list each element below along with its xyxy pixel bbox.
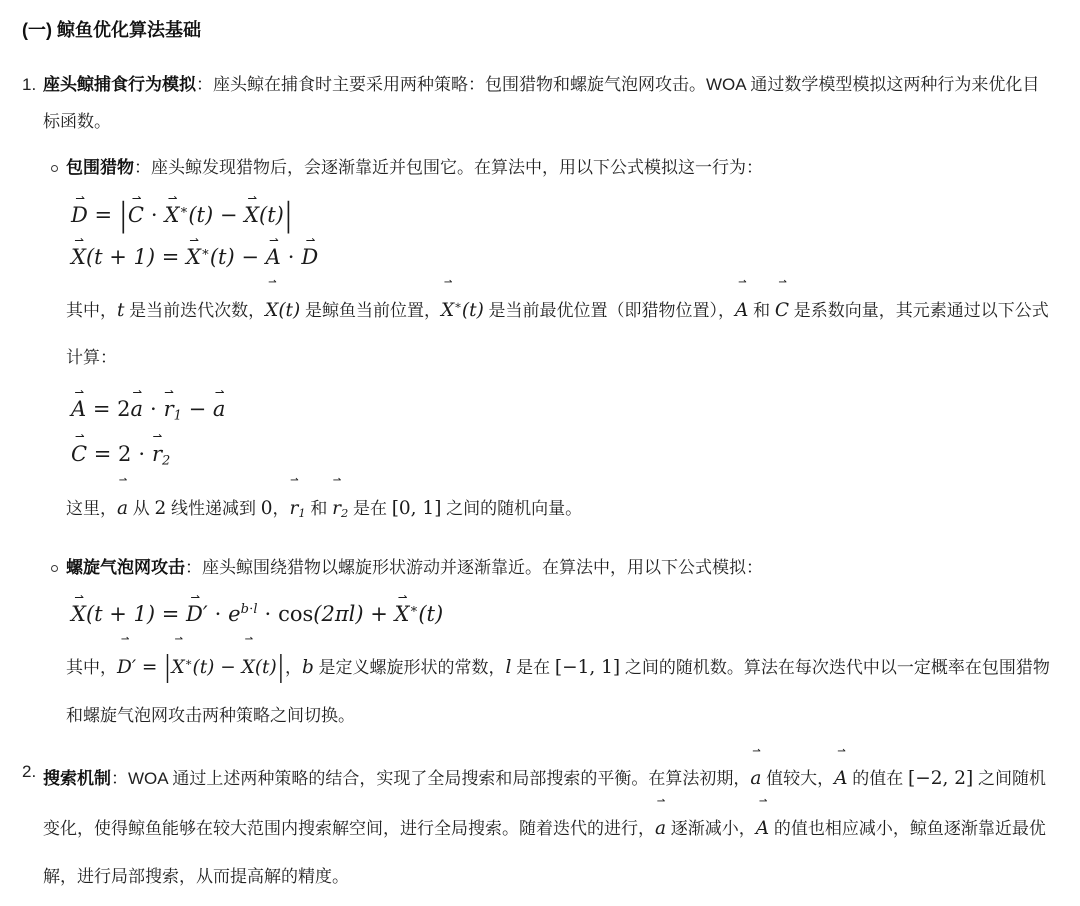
vector-symbol: D⇀ xyxy=(186,600,203,628)
vector-symbol: C⇀ xyxy=(128,201,144,229)
list-item-2-body: 搜索机制：WOA 通过上述两种策略的结合，实现了全局搜索和局部搜索的平衡。在算法… xyxy=(43,754,1056,900)
vector-symbol: a⇀ xyxy=(131,395,144,423)
vector-arrow-icon: ⇀ xyxy=(133,387,143,399)
superscript: ∗ xyxy=(409,602,418,617)
math-italic: = xyxy=(88,203,119,227)
vector-arrow-icon: ⇀ xyxy=(75,193,85,205)
vector-symbol: r⇀ xyxy=(290,484,299,534)
math-italic: (t) xyxy=(259,203,284,227)
vector-arrow-icon: ⇀ xyxy=(657,797,666,807)
math-italic: ⋅ xyxy=(258,602,279,626)
text-segment: 和 xyxy=(748,301,774,320)
vector-arrow-icon: ⇀ xyxy=(121,635,130,645)
inline-math: 0 xyxy=(261,498,273,519)
text-segment: 是鲸鱼当前位置， xyxy=(300,301,441,320)
vector-symbol: A⇀ xyxy=(735,286,748,336)
math-italic: ⋅ xyxy=(144,203,165,227)
inline-math: a⇀ xyxy=(117,498,128,519)
vector-symbol: X⇀ xyxy=(165,201,180,229)
inline-math: b xyxy=(302,657,314,678)
vector-arrow-icon: ⇀ xyxy=(738,278,747,288)
list-item-2-paragraph: 搜索机制：WOA 通过上述两种策略的结合，实现了全局搜索和局部搜索的平衡。在算法… xyxy=(43,754,1056,900)
formula-spiral-update: X⇀(t + 1) = D⇀′ ⋅ eb⋅l ⋅ cos(2πl) + X⇀∗(… xyxy=(66,600,1056,628)
vector-symbol: X⇀ xyxy=(71,243,86,271)
text-segment: 其中， xyxy=(66,301,117,320)
vector-arrow-icon: ⇀ xyxy=(175,635,184,645)
encircling-prey-paragraph-2: 这里，a⇀ 从 2 线性递减到 0，r⇀1 和 r⇀2 是在 [0, 1] 之间… xyxy=(66,484,1056,534)
superscript: ∗ xyxy=(185,654,193,668)
vector-arrow-icon: ⇀ xyxy=(168,193,178,205)
spiral-attack-title: 螺旋气泡网攻击 xyxy=(66,558,185,577)
text-segment: 是在 xyxy=(511,658,554,677)
inline-math: r⇀1 xyxy=(290,498,306,519)
math-italic: (t + 1) = xyxy=(86,245,186,269)
text-segment: 是当前最优位置（即猎物位置）， xyxy=(484,301,735,320)
vector-symbol: X⇀ xyxy=(186,243,201,271)
vector-symbol: X⇀ xyxy=(265,286,278,336)
vector-arrow-icon: ⇀ xyxy=(759,797,768,807)
vector-symbol: r⇀ xyxy=(164,395,174,423)
inline-math: A⇀ xyxy=(735,300,748,321)
document-page: (一) 鲸鱼优化算法基础 1. 座头鲸捕食行为模拟：座头鲸在捕食时主要采用两种策… xyxy=(0,0,1080,906)
inline-math: [−1, 1] xyxy=(555,657,620,678)
vector-symbol: r⇀ xyxy=(152,440,162,468)
vector-arrow-icon: ⇀ xyxy=(75,387,85,399)
math-italic: (t) − xyxy=(210,245,266,269)
math-italic: (2πl) + xyxy=(313,602,394,626)
text-segment: 这里， xyxy=(66,499,117,518)
inline-math: 2 xyxy=(154,498,166,519)
text-segment: 的值在 xyxy=(848,769,908,788)
inline-math: D⇀′ = |X⇀∗(t) − X⇀(t)| xyxy=(117,657,285,678)
formula-position-update: X⇀(t + 1) = X⇀∗(t) − A⇀ ⋅ D⇀ xyxy=(66,243,1056,271)
subscript: 2 xyxy=(162,453,170,468)
vector-symbol: X⇀ xyxy=(71,600,86,628)
vector-arrow-icon: ⇀ xyxy=(778,278,787,288)
vector-symbol: X⇀ xyxy=(441,286,454,336)
inline-math: a⇀ xyxy=(750,768,761,789)
text-segment: 之间的随机向量。 xyxy=(441,499,582,518)
math-roman: [0, 1] xyxy=(392,498,442,519)
vector-symbol: C⇀ xyxy=(71,440,87,468)
vector-symbol: a⇀ xyxy=(655,804,666,854)
math-roman: cos xyxy=(278,602,313,626)
math-roman: 2 xyxy=(118,442,131,466)
math-italic: (t) xyxy=(278,300,300,321)
list-item-2-title: 搜索机制 xyxy=(43,769,111,788)
vector-arrow-icon: ⇀ xyxy=(164,387,174,399)
bullet-marker xyxy=(51,150,66,533)
vector-arrow-icon: ⇀ xyxy=(333,476,342,486)
text-segment: ， xyxy=(273,499,290,518)
math-italic: ⋅ xyxy=(131,442,152,466)
math-roman: [−1, 1] xyxy=(555,657,620,678)
math-italic: − xyxy=(182,397,213,421)
math-italic: (t + 1) = xyxy=(86,602,186,626)
spiral-attack-lead: 螺旋气泡网攻击：座头鲸围绕猎物以螺旋形状游动并逐渐靠近。在算法中，用以下公式模拟… xyxy=(66,550,1056,587)
math-italic: (t) xyxy=(462,300,484,321)
list-item-1-number: 1. xyxy=(22,67,43,738)
sub-item-spiral-attack: 螺旋气泡网攻击：座头鲸围绕猎物以螺旋形状游动并逐渐靠近。在算法中，用以下公式模拟… xyxy=(51,550,1056,739)
vector-symbol: X⇀ xyxy=(244,201,259,229)
vector-arrow-icon: ⇀ xyxy=(444,278,453,288)
vector-arrow-icon: ⇀ xyxy=(837,747,846,757)
spiral-attack-paragraph: 其中，D⇀′ = |X⇀∗(t) − X⇀(t)|，b 是定义螺旋形状的常数，l… xyxy=(66,643,1056,739)
vector-arrow-icon: ⇀ xyxy=(290,476,299,486)
inline-math: [0, 1] xyxy=(392,498,442,519)
text-segment: 和 xyxy=(306,499,332,518)
vector-symbol: A⇀ xyxy=(756,804,769,854)
vector-symbol: a⇀ xyxy=(213,395,226,423)
text-segment: ， xyxy=(285,658,302,677)
inline-math: a⇀ xyxy=(655,818,666,839)
math-roman: [−2, 2] xyxy=(908,768,973,789)
encircling-prey-paragraph-1: 其中，t 是当前迭代次数，X⇀(t) 是鲸鱼当前位置，X⇀∗(t) 是当前最优位… xyxy=(66,286,1056,382)
inline-math: X⇀(t) xyxy=(265,300,300,321)
math-italic: ⋅ xyxy=(281,245,302,269)
math-italic: ⋅ xyxy=(143,397,164,421)
abs-bar: | xyxy=(163,629,171,706)
vector-arrow-icon: ⇀ xyxy=(245,635,254,645)
spiral-attack-lead-text: ：座头鲸围绕猎物以螺旋形状游动并逐渐靠近。在算法中，用以下公式模拟： xyxy=(185,558,763,577)
math-italic: ′ = xyxy=(132,657,163,678)
abs-bar: | xyxy=(119,193,128,237)
text-segment: 线性递减到 xyxy=(166,499,260,518)
list-item-1-body: 座头鲸捕食行为模拟：座头鲸在捕食时主要采用两种策略：包围猎物和螺旋气泡网攻击。W… xyxy=(43,67,1056,738)
formula-distance-vector: D⇀ = |C⇀ ⋅ X⇀∗(t) − X⇀(t)| xyxy=(66,201,1056,229)
subscript: 1 xyxy=(174,409,182,424)
text-segment: 值较大， xyxy=(761,769,834,788)
inline-math: r⇀2 xyxy=(332,498,348,519)
vector-symbol: A⇀ xyxy=(71,395,86,423)
vector-arrow-icon: ⇀ xyxy=(752,747,761,757)
vector-symbol: D⇀ xyxy=(117,643,132,693)
vector-arrow-icon: ⇀ xyxy=(153,431,163,443)
circle-bullet-icon xyxy=(51,565,58,572)
math-italic: ′ ⋅ e xyxy=(203,602,241,626)
math-roman: 2 xyxy=(154,498,166,519)
inline-math: [−2, 2] xyxy=(908,768,973,789)
inline-math: X⇀∗(t) xyxy=(441,300,484,321)
vector-arrow-icon: ⇀ xyxy=(75,431,85,443)
section-heading: (一) 鲸鱼优化算法基础 xyxy=(22,18,1056,43)
math-italic: (t) − xyxy=(188,203,244,227)
text-segment: 其中， xyxy=(66,658,117,677)
text-segment: 逐渐减小， xyxy=(666,819,756,838)
list-item-2: 2. 搜索机制：WOA 通过上述两种策略的结合，实现了全局搜索和局部搜索的平衡。… xyxy=(22,754,1056,900)
math-italic: (t) xyxy=(255,657,277,678)
bullet-marker xyxy=(51,550,66,739)
inline-math: C⇀ xyxy=(775,300,789,321)
math-roman: 2 xyxy=(117,397,130,421)
sub-item-spiral-attack-body: 螺旋气泡网攻击：座头鲸围绕猎物以螺旋形状游动并逐渐靠近。在算法中，用以下公式模拟… xyxy=(66,550,1056,739)
vector-arrow-icon: ⇀ xyxy=(190,592,200,604)
subscript: 1 xyxy=(298,506,305,520)
math-italic: = xyxy=(86,397,117,421)
abs-bar: | xyxy=(284,193,293,237)
vector-symbol: r⇀ xyxy=(332,484,341,534)
vector-symbol: a⇀ xyxy=(117,484,128,534)
encircling-prey-lead: 包围猎物：座头鲸发现猎物后，会逐渐靠近并包围它。在算法中，用以下公式模拟这一行为… xyxy=(66,150,1056,187)
inline-math: A⇀ xyxy=(834,768,847,789)
vector-arrow-icon: ⇀ xyxy=(215,387,225,399)
text-segment: 是定义螺旋形状的常数， xyxy=(314,658,506,677)
list-item-2-text: ：WOA 通过上述两种策略的结合，实现了全局搜索和局部搜索的平衡。在算法初期，a… xyxy=(43,769,1046,886)
text-segment: 是当前迭代次数， xyxy=(124,301,265,320)
list-item-1: 1. 座头鲸捕食行为模拟：座头鲸在捕食时主要采用两种策略：包围猎物和螺旋气泡网攻… xyxy=(22,67,1056,738)
math-italic: b xyxy=(302,657,314,678)
vector-symbol: A⇀ xyxy=(834,754,847,804)
vector-symbol: X⇀ xyxy=(395,600,410,628)
list-item-1-title: 座头鲸捕食行为模拟 xyxy=(43,75,196,94)
math-roman: 0 xyxy=(261,498,273,519)
vector-symbol: A⇀ xyxy=(266,243,281,271)
vector-arrow-icon: ⇀ xyxy=(398,592,408,604)
sub-item-encircling-prey-body: 包围猎物：座头鲸发现猎物后，会逐渐靠近并包围它。在算法中，用以下公式模拟这一行为… xyxy=(66,150,1056,533)
encircling-prey-lead-text: ：座头鲸发现猎物后，会逐渐靠近并包围它。在算法中，用以下公式模拟这一行为： xyxy=(134,158,763,177)
circle-bullet-icon xyxy=(51,165,58,172)
vector-symbol: D⇀ xyxy=(71,201,88,229)
math-italic: = xyxy=(87,442,118,466)
encircling-prey-title: 包围猎物 xyxy=(66,158,134,177)
vector-arrow-icon: ⇀ xyxy=(74,235,84,247)
text-segment: 是在 xyxy=(348,499,391,518)
vector-arrow-icon: ⇀ xyxy=(247,193,257,205)
inline-math: A⇀ xyxy=(756,818,769,839)
superscript: ∗ xyxy=(179,203,188,218)
sub-item-encircling-prey: 包围猎物：座头鲸发现猎物后，会逐渐靠近并包围它。在算法中，用以下公式模拟这一行为… xyxy=(51,150,1056,533)
vector-arrow-icon: ⇀ xyxy=(189,235,199,247)
list-item-2-number: 2. xyxy=(22,754,43,900)
vector-symbol: C⇀ xyxy=(775,286,789,336)
math-italic: (t) xyxy=(418,602,443,626)
vector-symbol: X⇀ xyxy=(242,643,255,693)
formula-coefficient-c: C⇀ = 2 ⋅ r⇀2 xyxy=(66,440,1056,470)
vector-arrow-icon: ⇀ xyxy=(132,193,142,205)
vector-arrow-icon: ⇀ xyxy=(269,235,279,247)
vector-arrow-icon: ⇀ xyxy=(119,476,128,486)
vector-arrow-icon: ⇀ xyxy=(268,278,277,288)
vector-symbol: X⇀ xyxy=(172,643,185,693)
superscript: ∗ xyxy=(201,245,210,260)
text-segment: 从 xyxy=(128,499,154,518)
list-item-1-lead: 座头鲸捕食行为模拟：座头鲸在捕食时主要采用两种策略：包围猎物和螺旋气泡网攻击。W… xyxy=(43,67,1056,140)
abs-bar: | xyxy=(277,629,285,706)
superscript: b⋅l xyxy=(241,602,258,617)
vector-symbol: D⇀ xyxy=(301,243,318,271)
superscript: ∗ xyxy=(454,297,462,311)
vector-arrow-icon: ⇀ xyxy=(306,235,316,247)
math-italic: (t) − xyxy=(193,657,242,678)
formula-coefficient-a: A⇀ = 2a⇀ ⋅ r⇀1 − a⇀ xyxy=(66,395,1056,425)
text-segment: ：WOA 通过上述两种策略的结合，实现了全局搜索和局部搜索的平衡。在算法初期， xyxy=(111,769,750,788)
vector-arrow-icon: ⇀ xyxy=(74,592,84,604)
